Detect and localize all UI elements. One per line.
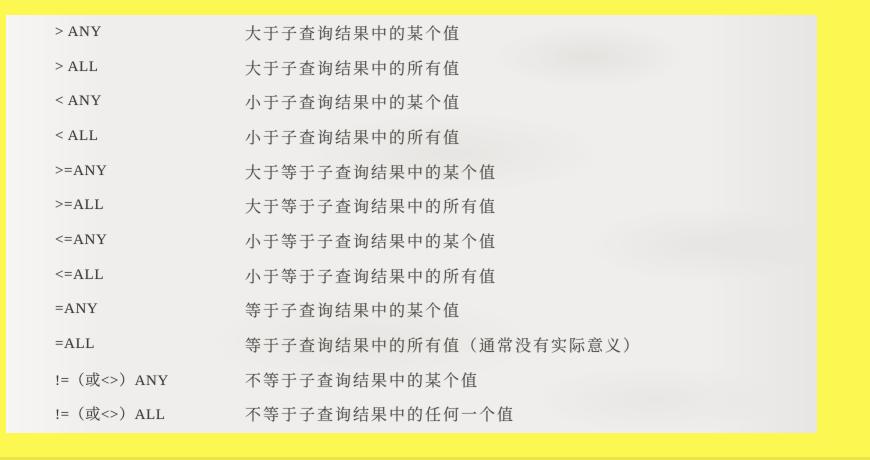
table-row: >=ANY 大于等于子查询结果中的某个值 [6,154,817,189]
operator-cell: !=（或<>）ALL [55,403,245,424]
description-cell: 不等于子查询结果中的任何一个值 [245,402,515,425]
table-row: <=ANY 小于等于子查询结果中的某个值 [6,223,817,258]
description-cell: 等于子查询结果中的某个值 [245,298,461,321]
scanned-table-page: > ANY 大于子查询结果中的某个值 > ALL 大于子查询结果中的所有值 < … [6,15,817,433]
table-row: >=ALL 大于等于子查询结果中的所有值 [6,188,817,223]
table-row: !=（或<>）ALL 不等于子查询结果中的任何一个值 [6,397,817,432]
operator-cell: <=ALL [55,267,245,284]
table-row: =ANY 等于子查询结果中的某个值 [6,293,817,328]
table-row: < ALL 小于子查询结果中的所有值 [6,119,817,154]
operator-cell: >=ANY [55,163,245,180]
table-row: > ALL 大于子查询结果中的所有值 [6,50,817,85]
description-cell: 大于子查询结果中的某个值 [245,21,461,44]
table-row: !=（或<>）ANY 不等于子查询结果中的某个值 [6,362,817,397]
description-cell: 小于等于子查询结果中的某个值 [245,229,497,252]
table-row: <=ALL 小于等于子查询结果中的所有值 [6,258,817,293]
operator-cell: =ALL [55,336,245,353]
table-row: =ALL 等于子查询结果中的所有值（通常没有实际意义） [6,327,817,362]
operator-cell: < ALL [55,128,245,145]
description-cell: 不等于子查询结果中的某个值 [245,368,479,391]
operator-cell: <=ANY [55,232,245,249]
operator-cell: !=（或<>）ANY [55,369,245,390]
description-cell: 大于子查询结果中的所有值 [245,56,461,79]
operator-cell: >=ALL [55,197,245,214]
description-cell: 等于子查询结果中的所有值（通常没有实际意义） [245,333,641,356]
table-row: < ANY 小于子查询结果中的某个值 [6,84,817,119]
scanned-photo: > ANY 大于子查询结果中的某个值 > ALL 大于子查询结果中的所有值 < … [0,0,870,460]
operator-cell: =ANY [55,301,245,318]
description-cell: 小于子查询结果中的某个值 [245,90,461,113]
description-cell: 大于等于子查询结果中的所有值 [245,194,497,217]
operator-cell: < ANY [55,93,245,110]
description-cell: 小于子查询结果中的所有值 [245,125,461,148]
description-cell: 小于等于子查询结果中的所有值 [245,264,497,287]
operator-cell: > ANY [55,24,245,41]
table-row: > ANY 大于子查询结果中的某个值 [6,15,817,50]
description-cell: 大于等于子查询结果中的某个值 [245,160,497,183]
operator-cell: > ALL [55,59,245,76]
